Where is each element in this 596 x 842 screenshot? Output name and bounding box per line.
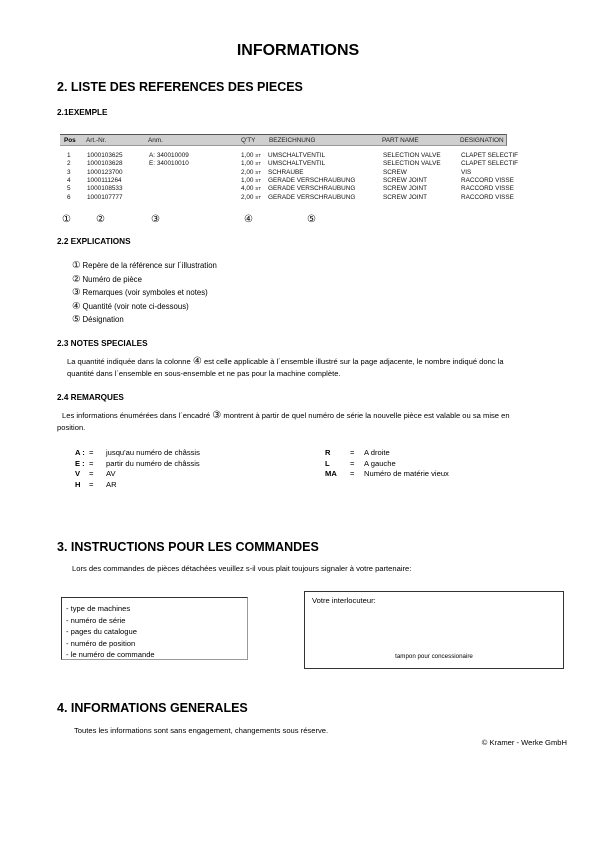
col-part-name: PART NAME (382, 137, 419, 144)
legend-entry: A gauche (364, 459, 396, 468)
col-anm: Anm. (148, 137, 163, 144)
marker-icon: ② (72, 274, 81, 285)
col-bezeichnung: BEZEICHNUNG (269, 137, 316, 144)
section-3-heading: 3. INSTRUCTIONS POUR LES COMMANDES (57, 540, 319, 554)
legend-entry: H (75, 480, 80, 489)
order-info-item: - type de machines (66, 603, 247, 615)
cell-art: 1000103625 (87, 152, 123, 159)
marker-icon: ④ (72, 301, 81, 312)
cell-bez: UMSCHALTVENTIL (268, 152, 325, 159)
special-notes: La quantité indiquée dans la colonne ④ e… (67, 356, 567, 380)
cell-bez: UMSCHALTVENTIL (268, 160, 325, 167)
cell-pos: 1 (67, 152, 71, 159)
marker-icon: ⑤ (72, 314, 81, 325)
explanation-item: ①Repère de la référence sur l´illustrati… (72, 260, 217, 271)
marker-icon: ① (72, 260, 81, 271)
cell-art: 1000123700 (87, 169, 123, 176)
cell-part: SELECTION VALVE (383, 160, 441, 167)
order-info-item: - numéro de position (66, 638, 247, 650)
legend-entry: E : (75, 459, 85, 468)
cell-pos: 2 (67, 160, 71, 167)
cell-qty: 2,00 ST (241, 169, 261, 176)
cell-pos: 6 (67, 194, 71, 201)
cell-part: SCREW (383, 169, 407, 176)
marker-2-icon: ② (96, 214, 105, 225)
legend-entry: Numéro de matérie vieux (364, 469, 449, 478)
legend-entry: = (350, 459, 354, 468)
table-row: 410001112641,00 STGERADE VERSCHRAUBUNGSC… (60, 177, 540, 185)
marker-3-icon: ③ (212, 410, 221, 421)
cell-bez: SCHRAUBE (268, 169, 304, 176)
legend-entry: = (350, 469, 354, 478)
legend-entry: = (89, 469, 93, 478)
col-art-nr: Art.-Nr. (86, 137, 106, 144)
table-row: 610001077772,00 STGERADE VERSCHRAUBUNGSC… (60, 194, 540, 202)
remarks: Les informations énumérées dans l´encadr… (57, 410, 557, 434)
order-info-item: - le numéro de commande (66, 649, 247, 661)
page-title: INFORMATIONS (0, 42, 596, 60)
section-4-heading: 4. INFORMATIONS GENERALES (57, 701, 248, 715)
cell-qty: 2,00 ST (241, 194, 261, 201)
section-2-heading: 2. LISTE DES REFERENCES DES PIECES (57, 80, 303, 94)
table-row: 310001237002,00 STSCHRAUBESCREWVIS (60, 169, 540, 177)
cell-des: RACCORD VISSE (461, 185, 514, 192)
section-2-2-heading: 2.2 EXPLICATIONS (57, 237, 131, 246)
legend-entry: A droite (364, 448, 390, 457)
stamp-label: tampon pour concessionaire (305, 653, 563, 660)
cell-des: CLAPET SELECTIF (461, 152, 518, 159)
col-designation: DESIGNATION (460, 137, 504, 144)
cell-art: 1000108533 (87, 185, 123, 192)
legend-entry: = (89, 459, 93, 468)
legend-entry: A : (75, 448, 85, 457)
cell-bez: GERADE VERSCHRAUBUNG (268, 177, 355, 184)
legend-entry: = (89, 480, 93, 489)
cell-qty: 4,00 ST (241, 185, 261, 192)
legend-entry: = (350, 448, 354, 457)
marker-5-icon: ⑤ (307, 214, 316, 225)
cell-part: SCREW JOINT (383, 194, 427, 201)
explanation-item: ⑤Désignation (72, 314, 124, 325)
table-row: 21000103628E: 3400100101,00 STUMSCHALTVE… (60, 160, 540, 168)
legend-entry: V (75, 469, 80, 478)
legend-entry: AV (106, 469, 116, 478)
legend-entry: jusqu'au numéro de châssis (106, 448, 200, 457)
copyright: © Kramer - Werke GmbH (482, 737, 567, 749)
cell-pos: 5 (67, 185, 71, 192)
marker-4-icon: ④ (193, 356, 202, 367)
parts-table-header: Pos Art.-Nr. Anm. Q'TY BEZEICHNUNG PART … (60, 134, 507, 146)
table-row: 11000103625A: 3400100091,00 STUMSCHALTVE… (60, 152, 540, 160)
explanation-item: ②Numéro de pièce (72, 274, 142, 285)
general-info-text: Toutes les informations sont sans engage… (74, 725, 328, 737)
order-info-item: - numéro de série (66, 615, 247, 627)
cell-art: 1000107777 (87, 194, 123, 201)
cell-part: SELECTION VALVE (383, 152, 441, 159)
legend-entry: R (325, 448, 330, 457)
cell-anm: E: 340010010 (149, 160, 189, 167)
marker-4-icon: ④ (244, 214, 253, 225)
cell-part: SCREW JOINT (383, 185, 427, 192)
order-instructions-intro: Lors des commandes de pièces détachées v… (72, 563, 411, 575)
cell-bez: GERADE VERSCHRAUBUNG (268, 185, 355, 192)
col-pos: Pos (64, 137, 76, 144)
section-2-4-heading: 2.4 REMARQUES (57, 393, 124, 402)
col-qty: Q'TY (241, 137, 255, 144)
marker-icon: ③ (72, 287, 81, 298)
cell-pos: 3 (67, 169, 71, 176)
cell-part: SCREW JOINT (383, 177, 427, 184)
legend-entry: = (89, 448, 93, 457)
cell-des: VIS (461, 169, 471, 176)
cell-des: RACCORD VISSE (461, 177, 514, 184)
order-info-box: - type de machines- numéro de série- pag… (61, 597, 248, 660)
cell-qty: 1,00 ST (241, 177, 261, 184)
cell-bez: GERADE VERSCHRAUBUNG (268, 194, 355, 201)
legend-entry: partir du numéro de châssis (106, 459, 200, 468)
marker-3-icon: ③ (151, 214, 160, 225)
section-2-3-heading: 2.3 NOTES SPECIALES (57, 339, 148, 348)
legend-entry: L (325, 459, 330, 468)
explanation-item: ③Remarques (voir symboles et notes) (72, 287, 208, 298)
dealer-stamp-box: Votre interlocuteur: tampon pour concess… (304, 591, 564, 669)
marker-1-icon: ① (62, 214, 71, 225)
cell-art: 1000103628 (87, 160, 123, 167)
legend-entry: MA (325, 469, 337, 478)
table-row: 510001085334,00 STGERADE VERSCHRAUBUNGSC… (60, 185, 540, 193)
explanation-item: ④Quantité (voir note ci-dessous) (72, 301, 189, 312)
cell-qty: 1,00 ST (241, 160, 261, 167)
cell-des: RACCORD VISSE (461, 194, 514, 201)
section-2-1-heading: 2.1EXEMPLE (57, 108, 108, 117)
cell-des: CLAPET SELECTIF (461, 160, 518, 167)
cell-pos: 4 (67, 177, 71, 184)
order-info-item: - pages du catalogue (66, 626, 247, 638)
cell-art: 1000111264 (87, 177, 122, 184)
cell-anm: A: 340010009 (149, 152, 189, 159)
contact-label: Votre interlocuteur: (312, 595, 376, 607)
legend-entry: AR (106, 480, 117, 489)
cell-qty: 1,00 ST (241, 152, 261, 159)
